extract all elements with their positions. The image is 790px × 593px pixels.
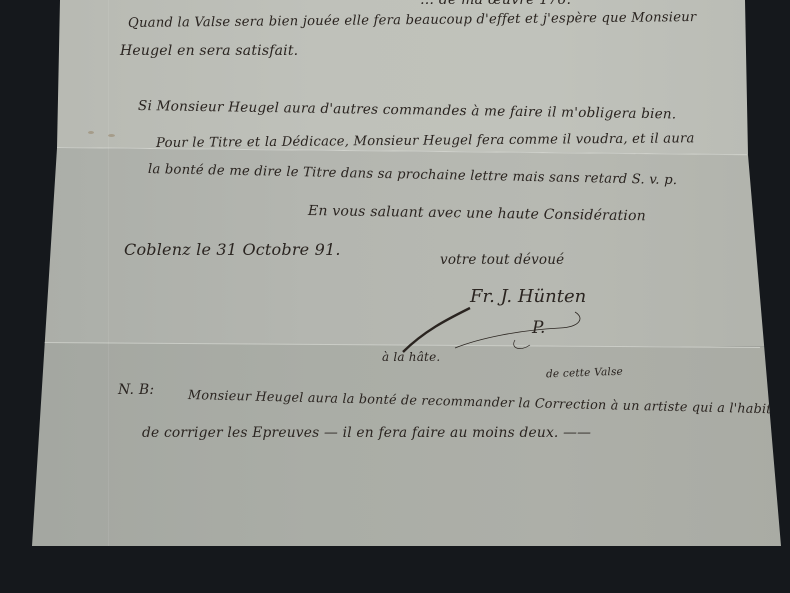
ink-stain bbox=[108, 134, 115, 137]
letter-paper: … de ma œuvre 176. Quand la Valse sera b… bbox=[0, 0, 790, 593]
vertical-crease bbox=[108, 0, 109, 546]
nb-line-2: de corriger les Epreuves — il en fera fa… bbox=[142, 425, 591, 441]
letter-line-0: … de ma œuvre 176. bbox=[420, 0, 571, 8]
nb-label: N. B: bbox=[118, 382, 154, 398]
letter-line-2: Heugel en sera satisfait. bbox=[120, 43, 298, 59]
ink-stain bbox=[88, 131, 94, 134]
place-date: Coblenz le 31 Octobre 91. bbox=[124, 240, 341, 259]
postscript-haste: à la hâte. bbox=[382, 350, 440, 364]
paper-panel-bottom bbox=[0, 342, 790, 552]
closing-formula: votre tout dévoué bbox=[440, 252, 564, 268]
